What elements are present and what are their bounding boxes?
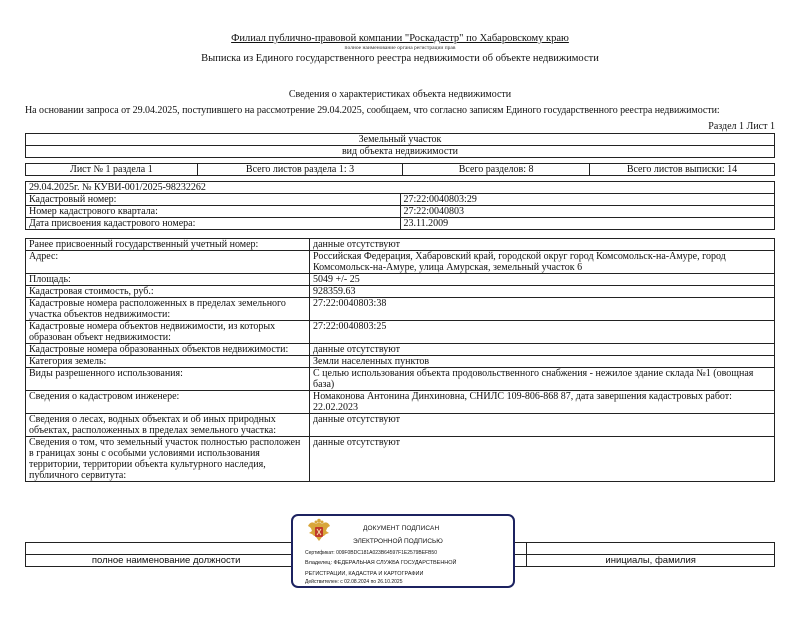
sections-total: Всего разделов: 8 <box>403 164 590 176</box>
row-label: Виды разрешенного использования: <box>26 368 310 391</box>
request-reference: 29.04.2025г. № КУВИ-001/2025-98232262 <box>26 182 775 194</box>
electronic-signature-stamp: ДОКУМЕНТ ПОДПИСАН ЭЛЕКТРОННОЙ ПОДПИСЬЮ С… <box>291 514 515 588</box>
table-row: Адрес:Российская Федерация, Хабаровский … <box>26 251 775 274</box>
row-value: С целью использования объекта продовольс… <box>310 368 775 391</box>
cadastral-info-table-main: Ранее присвоенный государственный учетны… <box>25 238 775 482</box>
sheet-number: Лист № 1 раздела 1 <box>26 164 198 176</box>
sheets-info-table: Лист № 1 раздела 1 Всего листов раздела … <box>25 163 775 176</box>
row-label: Сведения о лесах, водных объектах и об и… <box>26 414 310 437</box>
cadastral-info-table-top: 29.04.2025г. № КУВИ-001/2025-98232262 Ка… <box>25 181 775 230</box>
row-value: данные отсутствуют <box>310 344 775 356</box>
row-label: Ранее присвоенный государственный учетны… <box>26 239 310 251</box>
row-label: Сведения о том, что земельный участок по… <box>26 437 310 482</box>
row-label: Сведения о кадастровом инженере: <box>26 391 310 414</box>
extract-sheets-total: Всего листов выписки: 14 <box>590 164 775 176</box>
stamp-certificate: Сертификат: 009F0BDC181A023B64597F1E2579… <box>305 550 437 556</box>
stamp-line-2: ЭЛЕКТРОННОЙ ПОДПИСЬЮ <box>353 538 443 545</box>
table-row: Виды разрешенного использования:С целью … <box>26 368 775 391</box>
table-row: Сведения о том, что земельный участок по… <box>26 437 775 482</box>
document-title: Выписка из Единого государственного реес… <box>0 53 800 64</box>
table-row: Кадастровый номер:27:22:0040803:29 <box>26 194 775 206</box>
row-label: Категория земель: <box>26 356 310 368</box>
stamp-owner-cont: РЕГИСТРАЦИИ, КАДАСТРА И КАРТОГРАФИИ <box>305 571 423 577</box>
table-row: Сведения о кадастровом инженере:Номаконо… <box>26 391 775 414</box>
row-value: Российская Федерация, Хабаровский край, … <box>310 251 775 274</box>
row-label: Дата присвоения кадастрового номера: <box>26 218 401 230</box>
name-caption: инициалы, фамилия <box>527 555 775 567</box>
row-value: Земли населенных пунктов <box>310 356 775 368</box>
row-label: Кадастровая стоимость, руб.: <box>26 286 310 298</box>
organization-name: Филиал публично-правовой компании "Роска… <box>0 33 800 44</box>
table-row: Ранее присвоенный государственный учетны… <box>26 239 775 251</box>
row-value: 27:22:0040803:29 <box>400 194 775 206</box>
table-row: Площадь:5049 +/- 25 <box>26 274 775 286</box>
object-type: Земельный участок <box>26 134 775 146</box>
stamp-validity: Действителен: с 02.08.2024 по 26.10.2025 <box>305 579 403 585</box>
row-value: 27:22:0040803:25 <box>310 321 775 344</box>
stamp-line-1: ДОКУМЕНТ ПОДПИСАН <box>363 525 439 532</box>
object-type-table: Земельный участок вид объекта недвижимос… <box>25 133 775 158</box>
table-row: Категория земель:Земли населенных пункто… <box>26 356 775 368</box>
table-row: Кадастровые номера расположенных в преде… <box>26 298 775 321</box>
row-label: Кадастровый номер: <box>26 194 401 206</box>
object-type-caption: вид объекта недвижимости <box>26 146 775 158</box>
row-label: Номер кадастрового квартала: <box>26 206 401 218</box>
row-label: Кадастровые номера образованных объектов… <box>26 344 310 356</box>
intro-text: На основании запроса от 29.04.2025, пост… <box>25 105 720 116</box>
row-value: 27:22:0040803:38 <box>310 298 775 321</box>
row-value: Номаконова Антонина Динхиновна, СНИЛС 10… <box>310 391 775 414</box>
row-value: 928359.63 <box>310 286 775 298</box>
table-row: Кадастровая стоимость, руб.:928359.63 <box>26 286 775 298</box>
name-blank <box>527 543 775 555</box>
section-sheets-total: Всего листов раздела 1: 3 <box>197 164 402 176</box>
row-value: данные отсутствуют <box>310 239 775 251</box>
organization-caption: полное наименование органа регистрации п… <box>0 45 800 51</box>
row-value: данные отсутствуют <box>310 414 775 437</box>
row-label: Площадь: <box>26 274 310 286</box>
row-value: 23.11.2009 <box>400 218 775 230</box>
table-row: Номер кадастрового квартала:27:22:004080… <box>26 206 775 218</box>
sheet-reference: Раздел 1 Лист 1 <box>708 121 775 132</box>
section-title: Сведения о характеристиках объекта недви… <box>0 89 800 100</box>
row-value: 5049 +/- 25 <box>310 274 775 286</box>
row-label: Кадастровые номера расположенных в преде… <box>26 298 310 321</box>
table-row: Сведения о лесах, водных объектах и об и… <box>26 414 775 437</box>
row-value: данные отсутствуют <box>310 437 775 482</box>
stamp-owner: Владелец: ФЕДЕРАЛЬНАЯ СЛУЖБА ГОСУДАРСТВЕ… <box>305 560 457 566</box>
row-label: Адрес: <box>26 251 310 274</box>
table-row: Дата присвоения кадастрового номера:23.1… <box>26 218 775 230</box>
row-label: Кадастровые номера объектов недвижимости… <box>26 321 310 344</box>
table-row: Кадастровые номера объектов недвижимости… <box>26 321 775 344</box>
table-row: Кадастровые номера образованных объектов… <box>26 344 775 356</box>
row-value: 27:22:0040803 <box>400 206 775 218</box>
russian-eagle-emblem-icon <box>305 518 333 546</box>
